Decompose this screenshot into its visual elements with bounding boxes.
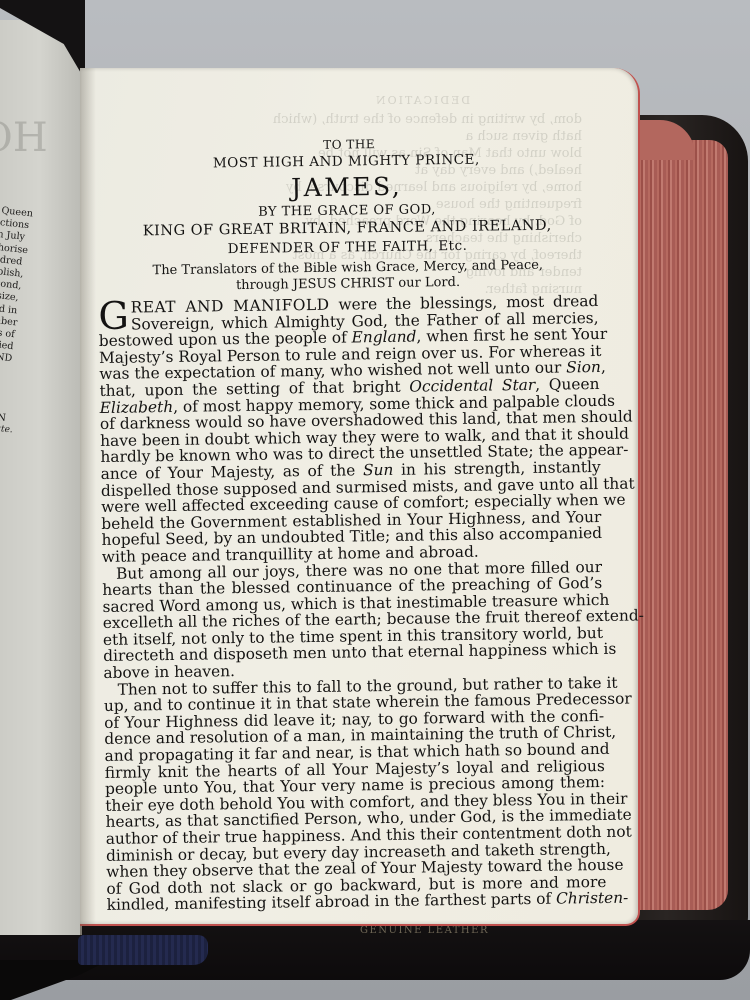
drop-cap: G: [98, 301, 129, 331]
dedication-text: TO THE MOST HIGH AND MIGHTY PRINCE, JAME…: [96, 133, 607, 914]
cover-shadow: [0, 960, 110, 1000]
paragraph: But among all our joys, there was no one…: [102, 558, 604, 681]
photo-scene: GENUINE LEATHER HO jesty Queen nstructio…: [0, 0, 750, 1000]
paragraph: G REAT AND MANIFOLD were the blessings, …: [98, 293, 602, 565]
left-page-bleed-text: HO: [0, 115, 48, 161]
paragraph: Then not to suffer this to fall to the g…: [104, 675, 607, 914]
left-page-text: jesty Queen nstructions venth July d Aut…: [0, 203, 28, 366]
cover-stamp: GENUINE LEATHER: [360, 925, 489, 936]
ribbon-bookmark: [78, 935, 208, 965]
left-page-signature: GAN: [0, 411, 6, 424]
left-page: HO jesty Queen nstructions venth July d …: [0, 20, 82, 935]
left-page-signature-title: vocate.: [0, 423, 13, 436]
body-text: G REAT AND MANIFOLD were the blessings, …: [98, 293, 607, 914]
gutter-shadow: [80, 68, 96, 926]
